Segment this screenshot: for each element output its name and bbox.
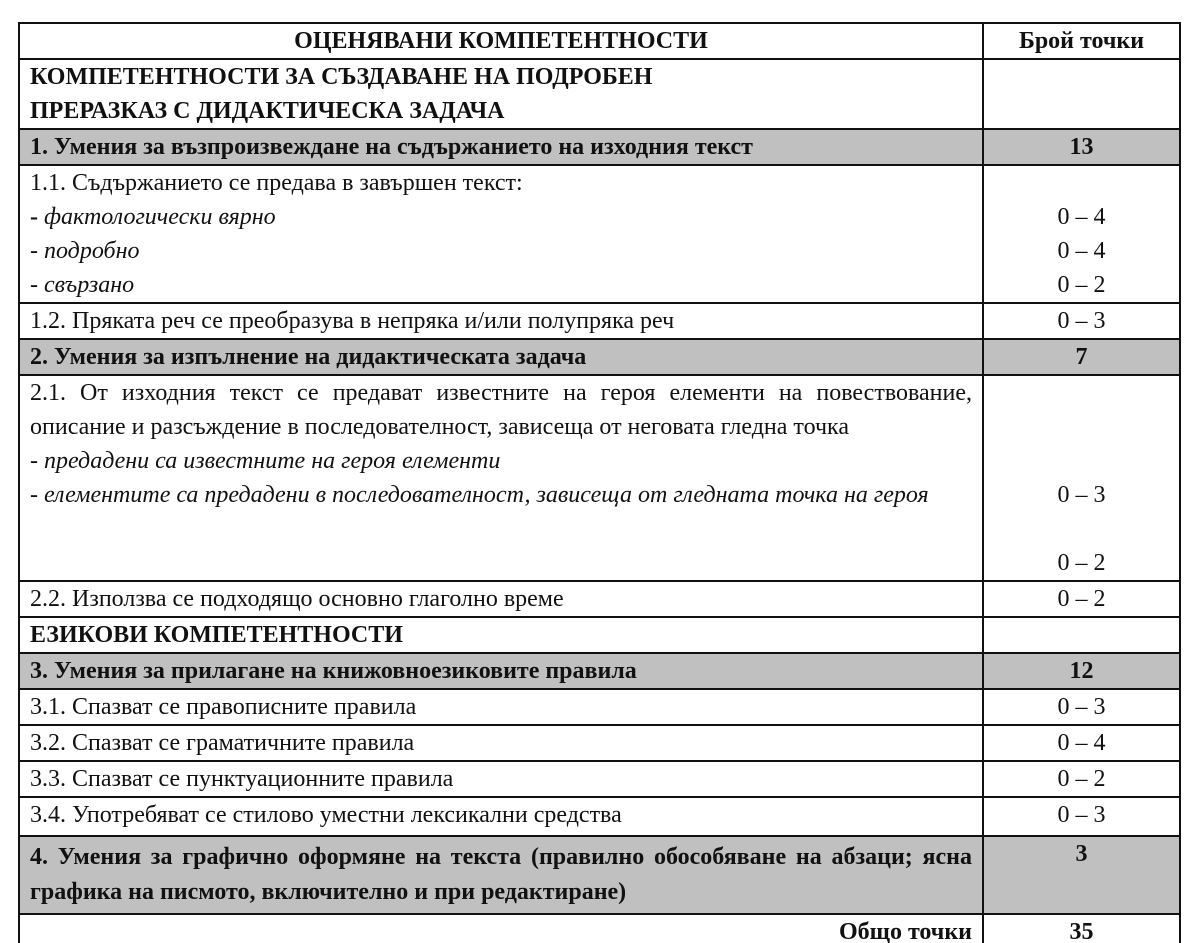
total-label: Общо точки <box>19 914 983 943</box>
points-value: 0 – 4 <box>983 725 1180 761</box>
criterion-text: 1.2. Пряката реч се преобразува в непряк… <box>19 303 983 339</box>
group-row-3: 3. Умения за прилагане на книжовноезиков… <box>19 653 1180 689</box>
group-title: 2. Умения за изпълнение на дидактическат… <box>19 339 983 375</box>
points-value: 0 – 4 <box>984 234 1179 268</box>
criterion-text: 1.1. Съдържанието се предава в завършен … <box>30 166 972 200</box>
points-cell: 0 – 4 0 – 4 0 – 2 <box>983 165 1180 303</box>
criterion-text: 3.2. Спазват се граматичните правила <box>19 725 983 761</box>
group-points: 3 <box>983 836 1180 914</box>
dash: - <box>30 238 44 264</box>
table-row-3-3: 3.3. Спазват се пунктуационните правила … <box>19 761 1180 797</box>
section-title: ЕЗИКОВИ КОМПЕТЕНТНОСТИ <box>19 617 983 653</box>
points-value: 0 – 3 <box>983 303 1180 339</box>
criterion-text: 2.2. Използва се подходящо основно глаго… <box>19 581 983 617</box>
section-points-empty <box>983 617 1180 653</box>
criterion-text: 2.1. От изходния текст се предават извес… <box>30 376 972 444</box>
group-row-4: 4. Умения за графично оформяне на текста… <box>19 836 1180 914</box>
criterion-text: 3.1. Спазват се правописните правила <box>19 689 983 725</box>
group-title: 4. Умения за графично оформяне на текста… <box>19 836 983 914</box>
total-value: 35 <box>983 914 1180 943</box>
table-row-3-4: 3.4. Употребяват се стилово уместни лекс… <box>19 797 1180 836</box>
table-row-2-2: 2.2. Използва се подходящо основно глаго… <box>19 581 1180 617</box>
section-title-line1: КОМПЕТЕНТНОСТИ ЗА СЪЗДАВАНЕ НА ПОДРОБЕН <box>30 60 972 94</box>
group-points: 13 <box>983 129 1180 165</box>
sub-criterion: - свързано <box>30 268 972 302</box>
criterion-text: 3.4. Употребяват се стилово уместни лекс… <box>19 797 983 836</box>
sub-criterion: - фактологически вярно <box>30 200 972 234</box>
group-row-2: 2. Умения за изпълнение на дидактическат… <box>19 339 1180 375</box>
section-points-empty <box>983 59 1180 129</box>
points-value: 0 – 3 <box>983 797 1180 836</box>
group-points: 12 <box>983 653 1180 689</box>
points-value: 0 – 3 <box>984 478 1179 512</box>
dash: - <box>30 204 44 230</box>
points-value: 0 – 2 <box>984 546 1179 580</box>
criterion-cell: 1.1. Съдържанието се предава в завършен … <box>19 165 983 303</box>
section-row-language-competences: ЕЗИКОВИ КОМПЕТЕНТНОСТИ <box>19 617 1180 653</box>
criterion-text: 3.3. Спазват се пунктуационните правила <box>19 761 983 797</box>
points-value: 0 – 2 <box>983 761 1180 797</box>
points-cell: 0 – 3 0 – 2 <box>983 375 1180 581</box>
sub-criterion: - предадени са известните на героя елеме… <box>30 444 972 478</box>
points-value: 0 – 2 <box>983 581 1180 617</box>
dash: - <box>30 272 44 298</box>
sub-criterion: - елементите са предадени в последовател… <box>30 478 972 512</box>
header-points: Брой точки <box>983 23 1180 59</box>
points-value: 0 – 3 <box>983 689 1180 725</box>
section-title: КОМПЕТЕНТНОСТИ ЗА СЪЗДАВАНЕ НА ПОДРОБЕН … <box>19 59 983 129</box>
table-header-row: ОЦЕНЯВАНИ КОМПЕТЕНТНОСТИ Брой точки <box>19 23 1180 59</box>
table-row-3-1: 3.1. Спазват се правописните правила 0 –… <box>19 689 1180 725</box>
group-title: 3. Умения за прилагане на книжовноезиков… <box>19 653 983 689</box>
table-row-3-2: 3.2. Спазват се граматичните правила 0 –… <box>19 725 1180 761</box>
total-row: Общо точки 35 <box>19 914 1180 943</box>
sub-criterion: - подробно <box>30 234 972 268</box>
section-row-text-competences: КОМПЕТЕНТНОСТИ ЗА СЪЗДАВАНЕ НА ПОДРОБЕН … <box>19 59 1180 129</box>
points-value: 0 – 2 <box>984 268 1179 302</box>
header-competences: ОЦЕНЯВАНИ КОМПЕТЕНТНОСТИ <box>19 23 983 59</box>
table-row-1-2: 1.2. Пряката реч се преобразува в непряк… <box>19 303 1180 339</box>
group-title: 1. Умения за възпроизвеждане на съдържан… <box>19 129 983 165</box>
group-points: 7 <box>983 339 1180 375</box>
section-title-line2: ПРЕРАЗКАЗ С ДИДАКТИЧЕСКА ЗАДАЧА <box>30 94 972 128</box>
points-value: 0 – 4 <box>984 200 1179 234</box>
competence-rubric-table: ОЦЕНЯВАНИ КОМПЕТЕНТНОСТИ Брой точки КОМП… <box>18 22 1181 943</box>
group-row-1: 1. Умения за възпроизвеждане на съдържан… <box>19 129 1180 165</box>
table-row-2-1: 2.1. От изходния текст се предават извес… <box>19 375 1180 581</box>
criterion-cell: 2.1. От изходния текст се предават извес… <box>19 375 983 581</box>
table-row-1-1: 1.1. Съдържанието се предава в завършен … <box>19 165 1180 303</box>
